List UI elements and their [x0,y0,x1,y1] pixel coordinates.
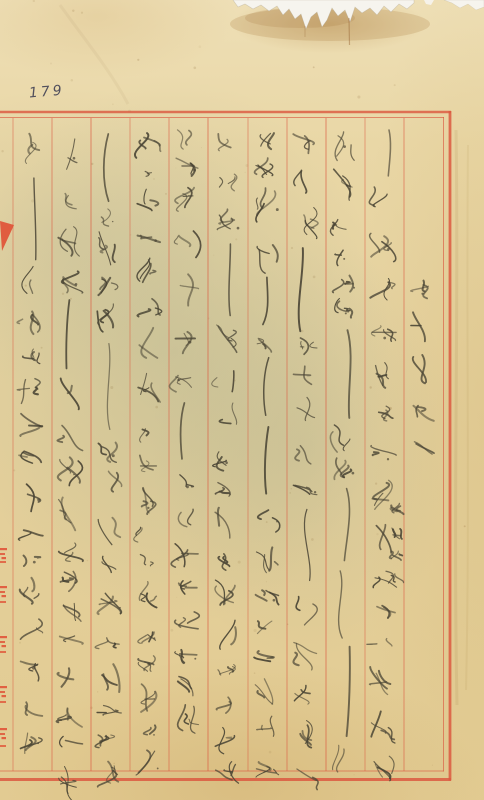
hw-col-9 [95,134,122,787]
hw-col-4 [293,134,318,790]
hw-col-7 [169,130,200,733]
page-artwork [0,0,484,800]
hw-col-11 [17,134,43,754]
hw-col-6 [212,134,240,783]
hw-col-3 [330,132,355,772]
diary-page: 179 □月九日晴 雲よ、今日わかの兄は□□□□□は 画んば和前か何時ひるし 昭… [0,0,484,800]
page-number: 179 [28,82,65,101]
hw-col-2 [367,130,397,781]
hw-col-2-note [390,504,404,583]
hw-col-10 [56,139,82,800]
red-margin-stamp [0,221,14,747]
hw-col-5 [254,133,280,777]
hw-col-8 [134,133,162,775]
corner-triangle-mark [0,221,14,251]
hw-col-1-date [411,281,434,455]
handwriting-layer [17,130,434,800]
